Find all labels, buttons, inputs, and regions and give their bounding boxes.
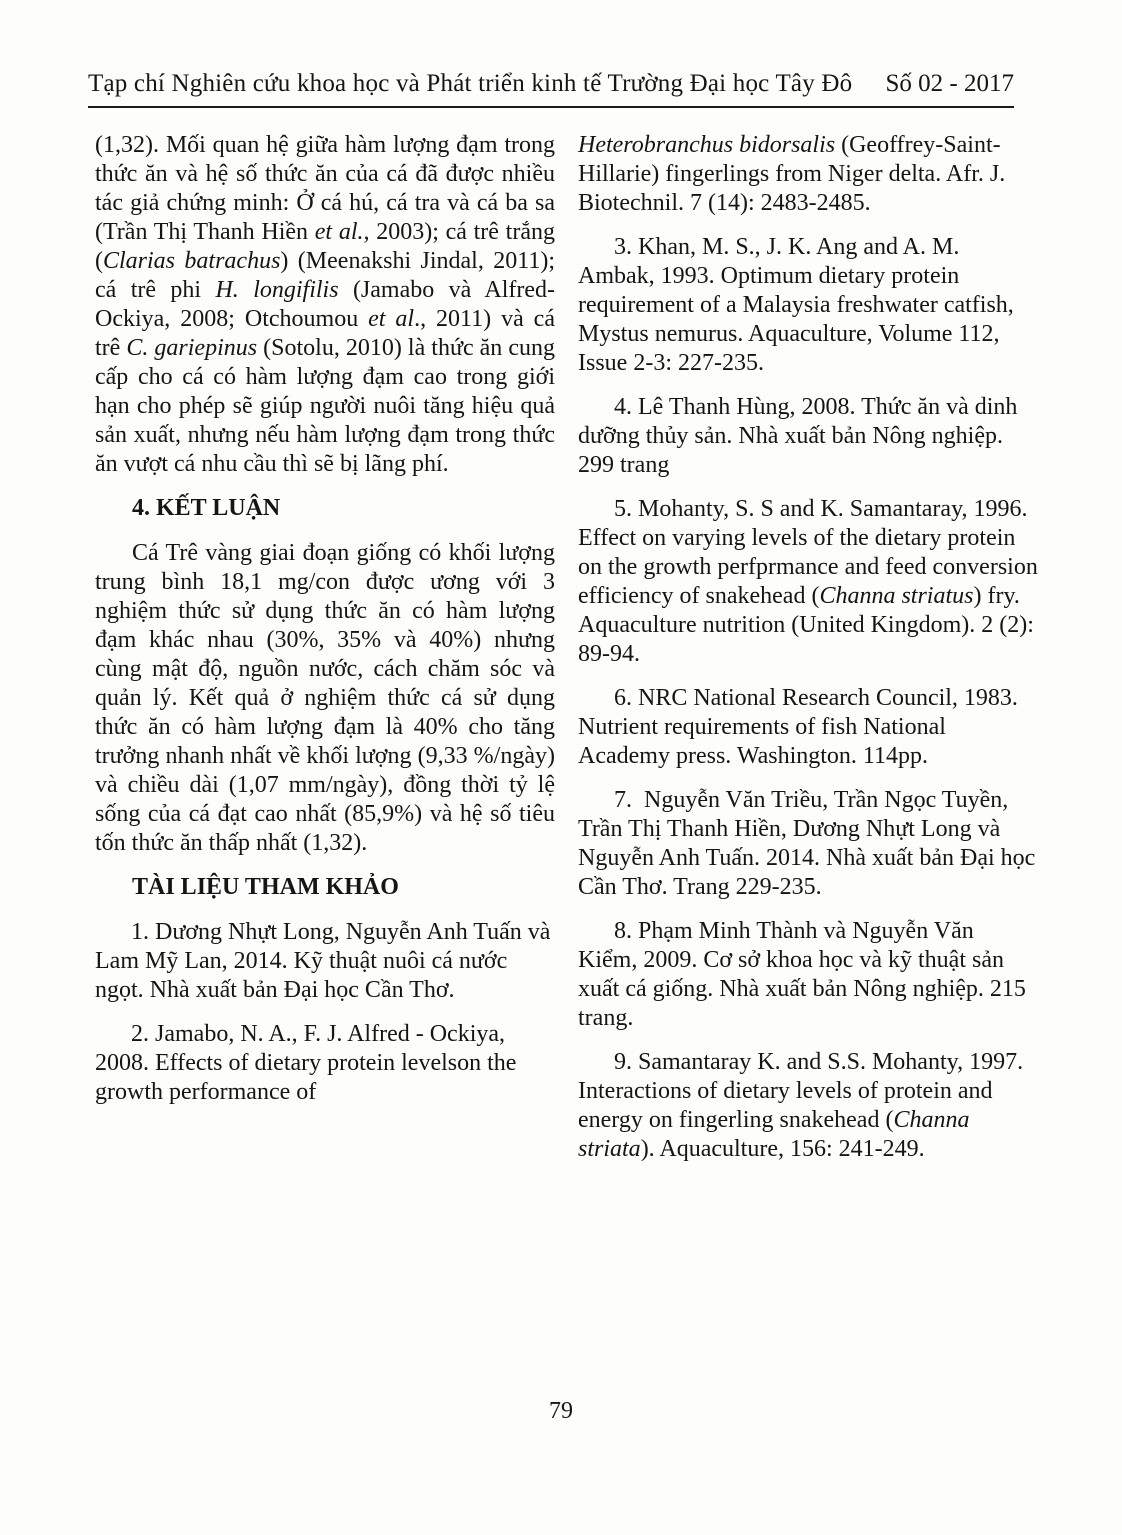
heading-conclusion: 4. KẾT LUẬN bbox=[95, 494, 555, 523]
reference-9: 9. Samantaray K. and S.S. Mohanty, 1997.… bbox=[578, 1048, 1038, 1164]
heading-references: TÀI LIỆU THAM KHẢO bbox=[95, 873, 555, 902]
reference-8: 8. Phạm Minh Thành và Nguyễn Văn Kiểm, 2… bbox=[578, 917, 1038, 1033]
reference-4: 4. Lê Thanh Hùng, 2008. Thức ăn và dinh … bbox=[578, 393, 1038, 480]
right-column: Heterobranchus bidorsalis (Geoffrey-Sain… bbox=[578, 131, 1038, 1179]
page-number: 79 bbox=[0, 1398, 1122, 1425]
issue-number: Số 02 - 2017 bbox=[886, 70, 1014, 98]
reference-1: 1. Dương Nhựt Long, Nguyễn Anh Tuấn và L… bbox=[95, 918, 555, 1005]
paragraph-discussion: (1,32). Mối quan hệ giữa hàm lượng đạm t… bbox=[95, 131, 555, 479]
reference-3: 3. Khan, M. S., J. K. Ang and A. M. Amba… bbox=[578, 233, 1038, 378]
page-header: Tạp chí Nghiên cứu khoa học và Phát triể… bbox=[88, 70, 1014, 108]
journal-title: Tạp chí Nghiên cứu khoa học và Phát triể… bbox=[88, 70, 852, 98]
left-column: (1,32). Mối quan hệ giữa hàm lượng đạm t… bbox=[95, 131, 555, 1179]
two-column-body: (1,32). Mối quan hệ giữa hàm lượng đạm t… bbox=[95, 131, 1038, 1179]
paragraph-conclusion: Cá Trê vàng giai đoạn giống có khối lượn… bbox=[95, 539, 555, 858]
reference-5: 5. Mohanty, S. S and K. Samantaray, 1996… bbox=[578, 495, 1038, 669]
reference-6: 6. NRC National Research Council, 1983. … bbox=[578, 684, 1038, 771]
journal-page: Tạp chí Nghiên cứu khoa học và Phát triể… bbox=[0, 0, 1122, 1535]
reference-2: 2. Jamabo, N. A., F. J. Alfred - Ockiya,… bbox=[95, 1020, 555, 1107]
reference-2-continuation: Heterobranchus bidorsalis (Geoffrey-Sain… bbox=[578, 131, 1038, 218]
reference-7: 7. Nguyễn Văn Triều, Trần Ngọc Tuyền, Tr… bbox=[578, 786, 1038, 902]
